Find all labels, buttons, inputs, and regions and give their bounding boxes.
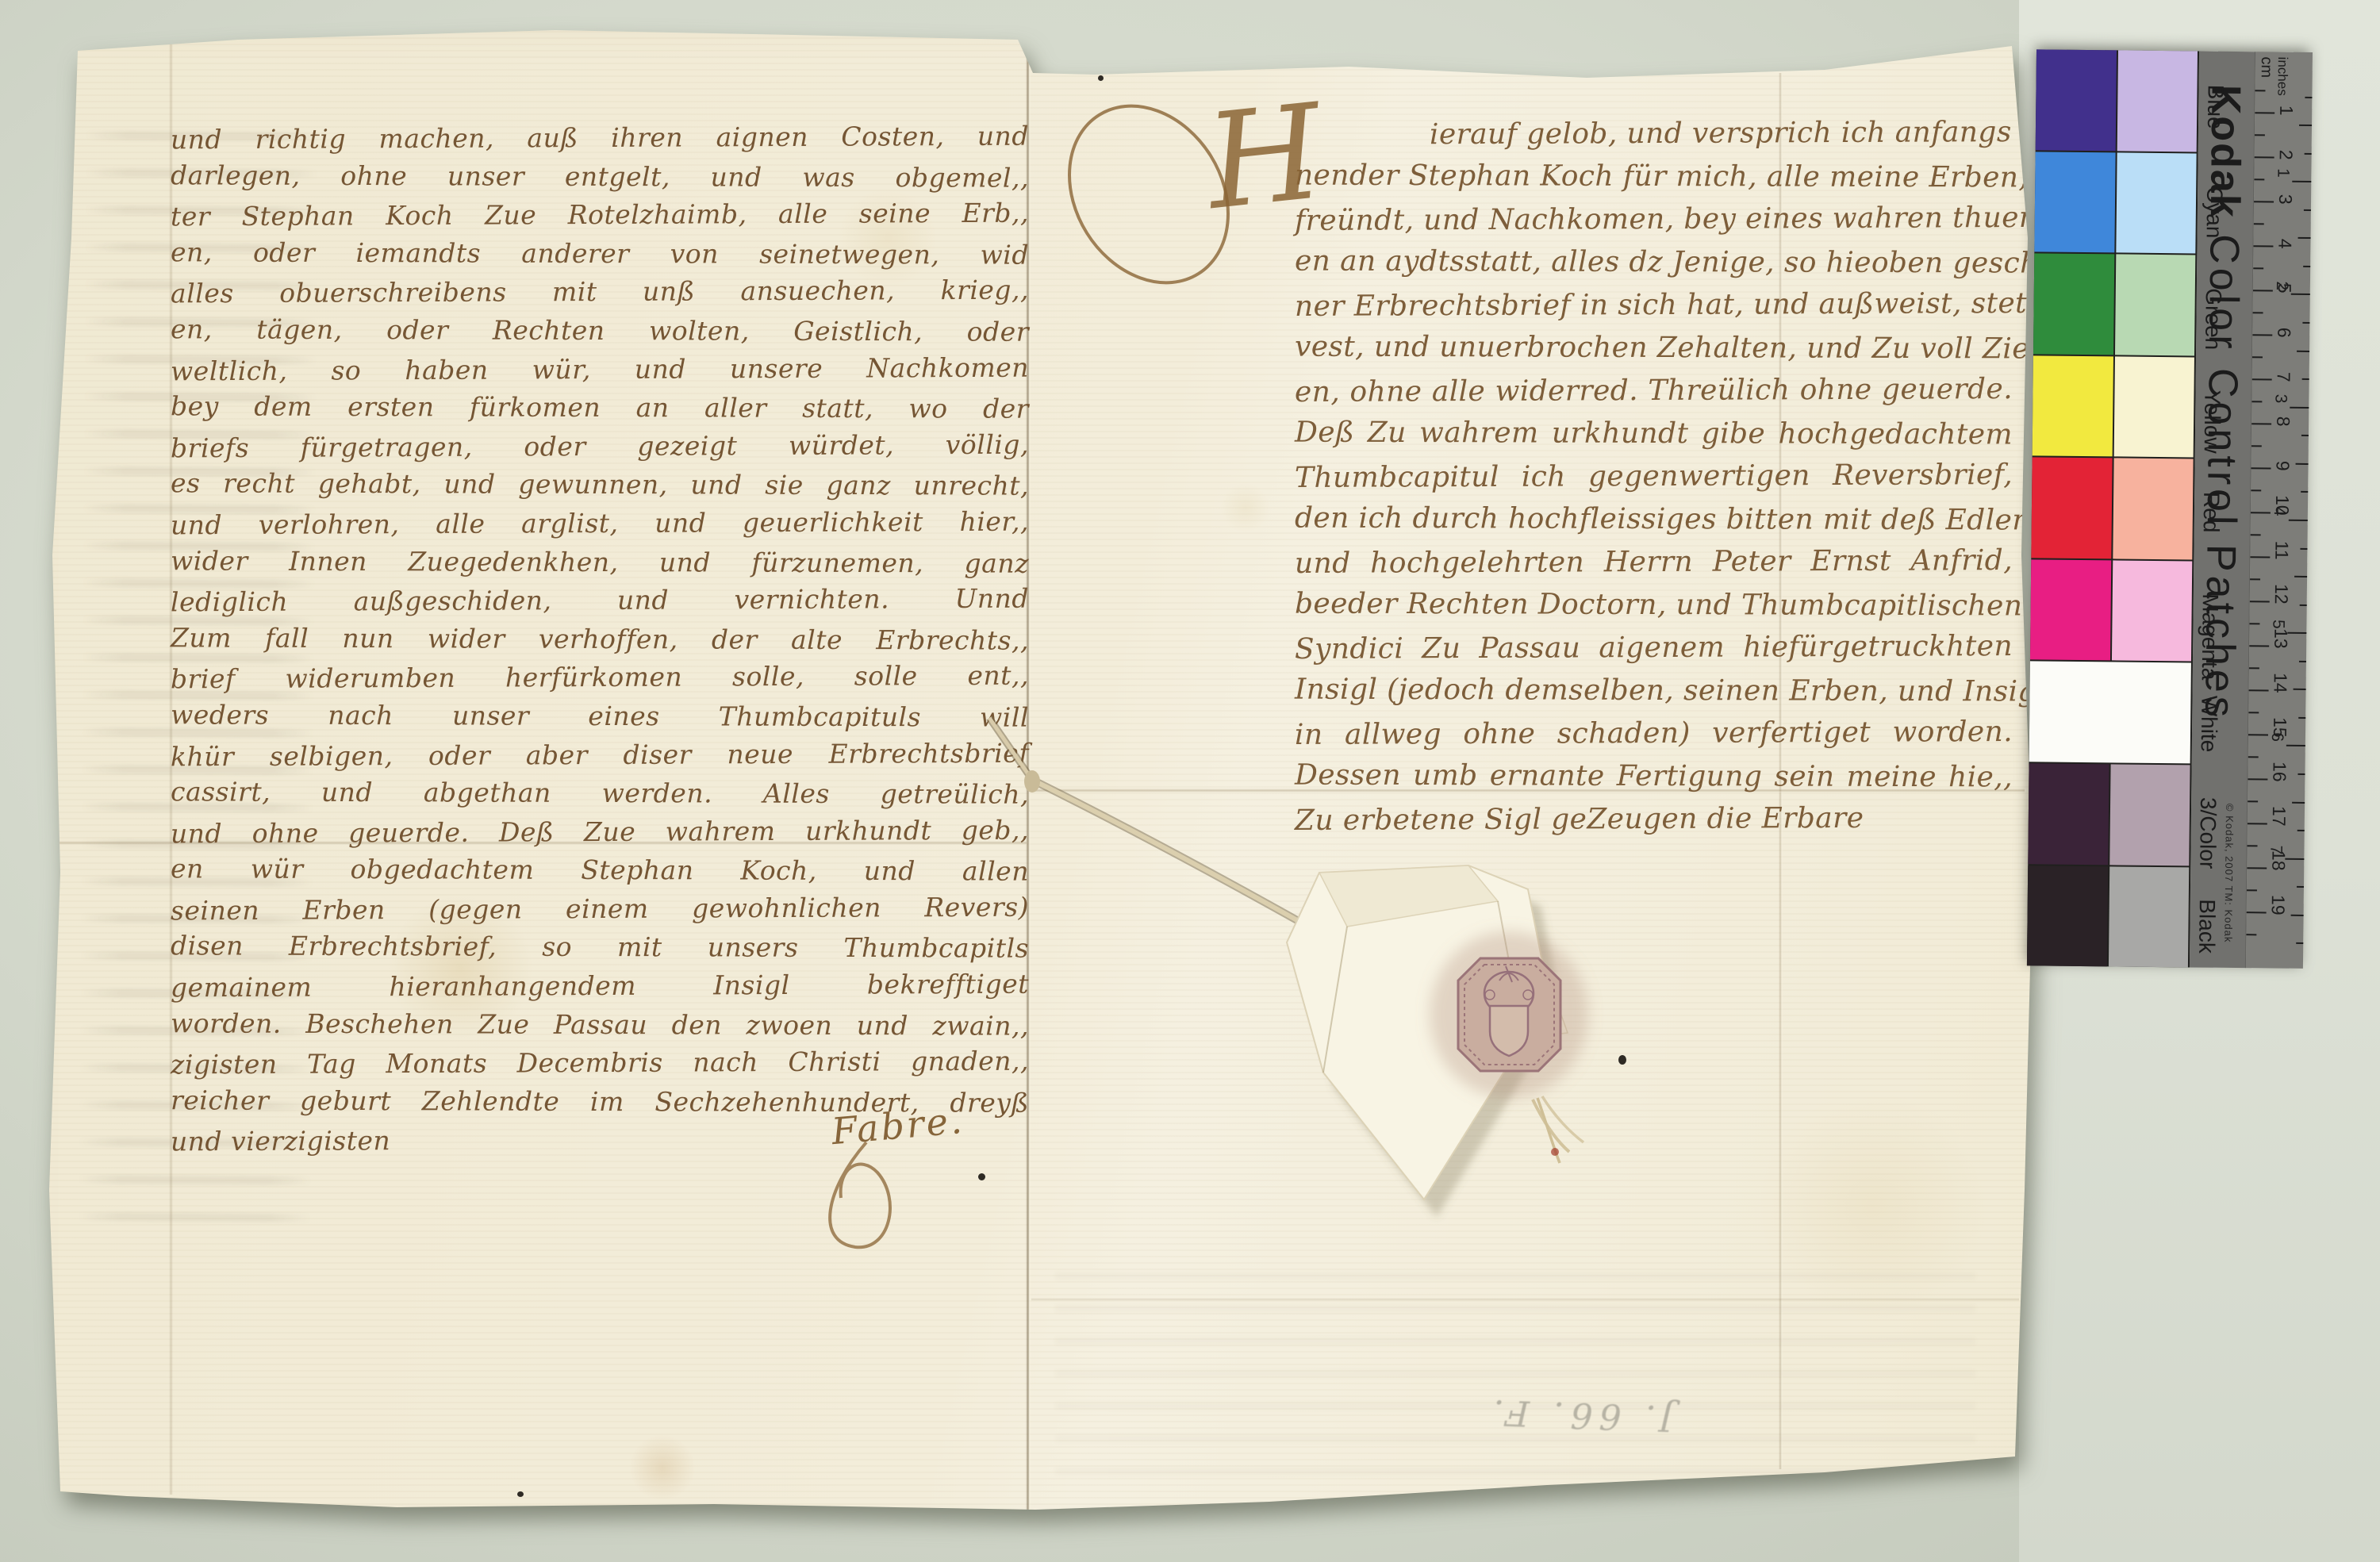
ink-speck (1618, 1055, 1626, 1065)
patch-solid (2031, 458, 2112, 559)
manuscript-line: lediglich außgeschiden, und vernichten. … (171, 580, 1029, 622)
ruler-tick (2253, 290, 2273, 291)
manuscript-line: bey dem ersten fürkomen an aller statt, … (171, 387, 1029, 428)
ruler-tick (2247, 889, 2257, 891)
manuscript-paper: und richtig machen, auß ihren aignen Cos… (0, 0, 2380, 1562)
manuscript-line: briefs fürgetragen, oder gezeigt würdet,… (171, 425, 1029, 467)
ruler-tick (2254, 201, 2274, 202)
ruler-tick (2285, 858, 2304, 859)
manuscript-line: en, tägen, oder Rechten wolten, Geistlic… (171, 310, 1029, 351)
ruler-tick (2301, 491, 2308, 493)
ruler-tick (2249, 689, 2269, 691)
ruler-tick (2248, 734, 2268, 735)
strip-copyright: © Kodak, 2007 TM: Kodak (2222, 804, 2236, 943)
ruler-tick (2248, 756, 2259, 758)
patch-tint (2113, 459, 2193, 560)
paper-sheet: und richtig machen, auß ihren aignen Cos… (0, 0, 2380, 1562)
ruler-tick (2254, 223, 2264, 225)
patch-white (2029, 662, 2191, 764)
ruler-tick (2297, 830, 2305, 831)
patch-label: Red (2198, 492, 2225, 533)
patch-tint (2109, 866, 2189, 968)
ruler-tick (2291, 294, 2310, 295)
cm-number: 9 (2271, 436, 2293, 470)
patch-label: White (2196, 696, 2222, 753)
manuscript-line: Zu erbetene Sigl geZeugen die Erbare (1295, 796, 2013, 842)
manuscript-line: in allweg ohne schaden) verfertiget word… (1295, 711, 2013, 757)
ruler-tick (2297, 350, 2309, 351)
ruler-tick (2298, 717, 2305, 719)
cm-number: 11 (2271, 524, 2292, 559)
ruler-tick (2254, 178, 2264, 180)
patch-column-green (2033, 253, 2195, 355)
ruler-tick (2249, 623, 2259, 624)
ruler-tick (2303, 266, 2310, 267)
ruler-tick (2251, 534, 2261, 535)
color-patches (2027, 49, 2199, 967)
ruler-tick (2252, 378, 2272, 380)
cm-number: 14 (2270, 658, 2291, 693)
ruler-tick (2255, 156, 2274, 158)
manuscript-line: zigisten Tag Monats Decembris nach Chris… (171, 1042, 1029, 1084)
manuscript-line: cassirt, und abgethan werden. Alles getr… (171, 773, 1029, 814)
manuscript-line: seinen Erben (gegen einem gewohnlichen R… (171, 888, 1029, 931)
patch-tint (2109, 764, 2190, 865)
manuscript-line: weders nach unser eines Thumbcapituls wi… (171, 696, 1029, 737)
manuscript-line: vest, und unuerbrochen Zehalten, und Zu … (1295, 326, 2013, 371)
ruler-tick (2302, 378, 2309, 380)
manuscript-line: ter Stephan Koch Zue Rotelzhaimb, alle s… (171, 194, 1029, 236)
ruler-tick (2291, 915, 2304, 916)
ruler-tick (2252, 356, 2263, 358)
manuscript-line: en an aydtsstatt, alles dz Jenige, so hi… (1295, 240, 2013, 286)
ruler-tick (2290, 406, 2309, 408)
ruler-tick (2251, 467, 2271, 469)
ruler-tick (2249, 667, 2259, 669)
manuscript-line: khür selbigen, oder aber diser neue Erbr… (171, 734, 1029, 776)
patch-label: 3/Color (2194, 797, 2221, 869)
patch-column-red (2031, 458, 2193, 560)
ruler-tick (2248, 823, 2267, 824)
manuscript-line: und hochgelehrten Herrn Peter Ernst Anfr… (1295, 539, 2013, 585)
manuscript-line: Deß Zu wahrem urkhundt gibe hochgedachte… (1295, 412, 2013, 457)
ink-speck (978, 1173, 985, 1180)
manuscript-line: Zum fall nun wider verhoffen, der alte E… (171, 619, 1029, 660)
kodak-color-control-strip: inches cm 123456789101112131415161718191… (2029, 49, 2313, 969)
manuscript-line: en wür obgedachtem Stephan Koch, und all… (171, 850, 1029, 892)
inch-number: 3 (2271, 368, 2290, 403)
ruler-tick (2247, 867, 2267, 869)
ruler-tick (2297, 886, 2304, 888)
manuscript-line: alles obuerschreibens mit unß ansuechen,… (171, 271, 1029, 313)
patch-tint (2114, 356, 2194, 458)
cm-label: cm (2257, 56, 2275, 78)
ruler-tick (2253, 312, 2263, 313)
ruler-tick (2304, 209, 2311, 211)
ruler-tick (2255, 134, 2265, 136)
patch-label: Yellow (2199, 390, 2225, 454)
manuscript-line: weltlich, so haben wür, und unsere Nachk… (171, 348, 1029, 390)
inch-number: 2 (2272, 255, 2291, 290)
ruler-tick (2305, 153, 2312, 155)
strip-label-band: Kodak Color Control Patches © Kodak, 200… (2190, 52, 2255, 969)
manuscript-line: Syndici Zu Passau aigenem hiefürgetruckh… (1295, 625, 2013, 671)
manuscript-line: und verlohren, alle arglist, und geuerli… (171, 503, 1029, 545)
strip-ruler: inches cm 123456789101112131415161718191… (2246, 52, 2313, 969)
inch-number: 1 (2273, 143, 2292, 178)
manuscript-line: ner Erbrechtsbrief in sich hat, und außw… (1295, 282, 2013, 328)
patch-solid (2036, 49, 2117, 151)
ruler-tick (2251, 445, 2262, 447)
patch-label: Black (2194, 899, 2220, 954)
patch-column-black (2027, 865, 2189, 968)
manuscript-line: nender Stephan Koch für mich, alle meine… (1295, 155, 2013, 200)
manuscript-line: Thumbcapitul ich gegenwertigen Reversbri… (1295, 454, 2013, 500)
patch-tint (2115, 255, 2195, 356)
manuscript-line: ierauf gelob, und versprich ich anfangs … (1295, 111, 2013, 157)
cm-number: 1 (2275, 81, 2297, 116)
archival-shelfmark-pencil: J. 66. F. (1461, 1391, 1700, 1439)
ruler-tick (2248, 712, 2259, 713)
ruler-tick (2249, 645, 2269, 647)
ruler-tick (2292, 801, 2305, 803)
ruler-tick (2299, 661, 2306, 662)
ink-bleedthrough-lower-right (1055, 1265, 1975, 1495)
inch-number: 7 (2266, 819, 2285, 854)
ruler-tick (2255, 112, 2274, 113)
manuscript-line: freündt, und Nachkomen, bey eines wahren… (1295, 197, 2013, 243)
patch-solid (2028, 763, 2109, 865)
photograph-of-archival-document: { "photo": { "background_color": "#d4d9c… (0, 0, 2380, 1562)
ruler-tick (2251, 423, 2271, 424)
left-page-text: und richtig machen, auß ihren aignen Cos… (171, 119, 1029, 1160)
decorated-initial: H (1201, 88, 1328, 226)
ruler-tick (2250, 601, 2270, 602)
inch-number: 4 (2270, 481, 2289, 516)
patch-label: Magenta (2197, 593, 2223, 680)
right-page-text: ierauf gelob, und versprich ich anfangs … (1295, 113, 2013, 841)
manuscript-line: en, ohne alle widerred. Threülich ohne g… (1295, 368, 2013, 414)
ruler-tick (2250, 578, 2260, 580)
ruler-tick (2296, 463, 2309, 465)
ink-speck (517, 1491, 524, 1497)
patch-solid (2027, 865, 2108, 967)
ruler-tick (2305, 96, 2312, 98)
ruler-tick (2296, 942, 2303, 944)
ruler-tick (2248, 778, 2267, 780)
patch-label: Cyan (2201, 186, 2228, 239)
ruler-tick (2246, 934, 2256, 935)
patch-column-white (2029, 662, 2191, 764)
manuscript-line: gemainem hieranhangendem Insigl bekrefft… (171, 965, 1029, 1007)
ruler-tick (2300, 604, 2307, 605)
ink-speck (1098, 75, 1104, 81)
ruler-tick (2286, 745, 2305, 746)
ruler-tick (2250, 556, 2270, 558)
ruler-tick (2302, 322, 2309, 324)
manuscript-line: und richtig machen, auß ihren aignen Cos… (171, 117, 1029, 159)
manuscript-line: disen Erbrechtsbrief, so mit unsers Thum… (171, 927, 1029, 969)
manuscript-line: Dessen umb ernante Fertigung sein meine … (1295, 754, 2013, 800)
ruler-tick (2251, 512, 2271, 513)
patch-column-blue (2036, 49, 2198, 152)
ruler-tick (2300, 547, 2307, 549)
ruler-tick (2298, 237, 2311, 239)
ruler-tick (2289, 520, 2308, 521)
ruler-tick (2251, 401, 2262, 402)
cm-number: 6 (2273, 303, 2294, 338)
ruler-tick (2248, 800, 2258, 802)
manuscript-line: brief widerumben herfürkomen solle, soll… (171, 657, 1029, 699)
ruler-tick (2299, 125, 2312, 126)
ruler-tick (2297, 773, 2305, 775)
patch-label: Green (2200, 288, 2226, 350)
patch-tint (2112, 560, 2192, 662)
ruler-tick (2301, 435, 2309, 436)
manuscript-line: und ohne geuerde. Deß Zue wahrem urkhund… (171, 811, 1029, 853)
manuscript-line: beeder Rechten Doctorn, und Thumbcapitli… (1295, 583, 2013, 628)
patch-column-cyan (2034, 152, 2196, 254)
ruler-tick (2294, 689, 2306, 690)
manuscript-line: en, oder iemandts anderer von seinetwege… (171, 233, 1029, 274)
patch-column-yellow (2033, 355, 2194, 458)
ruler-tick (2292, 181, 2311, 182)
cm-number: 19 (2267, 880, 2289, 915)
ruler-tick (2251, 489, 2261, 491)
manuscript-line: worden. Beschehen Zue Passau den zwoen u… (171, 1004, 1029, 1046)
manuscript-line: den ich durch hochfleissiges bitten mit … (1295, 497, 2013, 543)
cm-number: 4 (2274, 214, 2295, 249)
inch-number: 5 (2268, 594, 2287, 629)
patch-solid (2033, 253, 2114, 355)
patch-solid (2030, 559, 2111, 661)
manuscript-line: Insigl (jedoch demselben, seinen Erben, … (1295, 669, 2013, 714)
patch-solid (2033, 355, 2113, 457)
cm-number: 16 (2268, 746, 2290, 781)
patch-column-magenta (2030, 559, 2192, 662)
ruler-tick (2247, 911, 2267, 913)
ruler-tick (2253, 245, 2273, 247)
ruler-tick (2248, 845, 2258, 846)
patch-tint (2117, 50, 2198, 152)
manuscript-line: wider Innen Zuegedenkhen, und fürzunemen… (171, 542, 1029, 583)
ruler-tick (2252, 334, 2272, 336)
patch-label: Blue (2202, 85, 2228, 129)
inch-number: 6 (2267, 707, 2286, 742)
ruler-tick (2255, 90, 2265, 91)
ruler-tick (2253, 267, 2263, 269)
ruler-tick (2287, 632, 2306, 634)
patch-column-3color (2028, 763, 2190, 865)
ruler-tick (2294, 576, 2307, 578)
patch-solid (2034, 152, 2115, 253)
patch-tint (2116, 152, 2196, 254)
manuscript-line: es recht gehabt, und gewunnen, und sie g… (171, 465, 1029, 506)
manuscript-line: darlegen, ohne unser entgelt, und was ob… (171, 156, 1029, 198)
